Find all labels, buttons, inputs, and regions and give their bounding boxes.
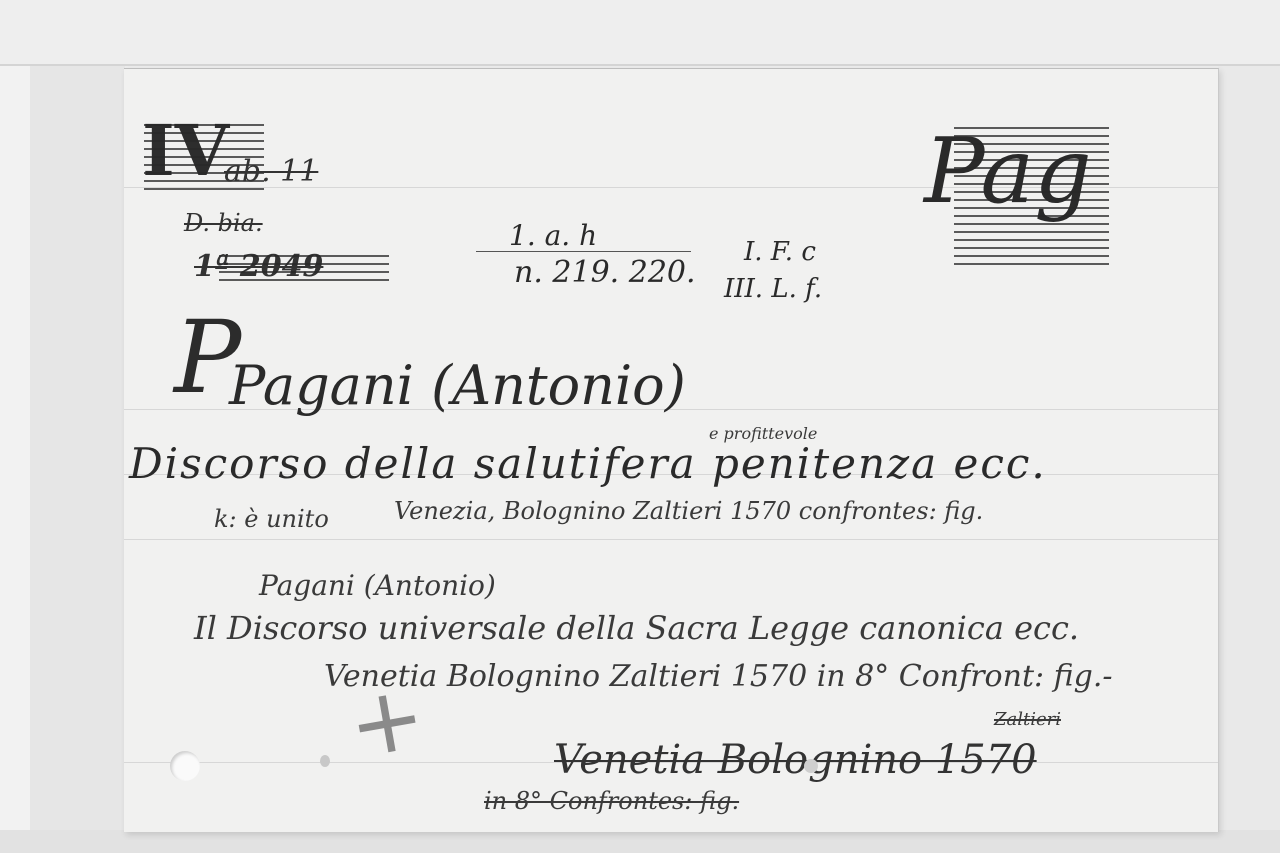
ink-spot — [804, 759, 818, 773]
code-line2: III. L. f. — [724, 274, 822, 304]
entry2-imprint: Venetia Bolognino Zaltieri 1570 in 8° Co… — [324, 659, 1113, 694]
ruled-line — [124, 539, 1218, 540]
scan-background-strip — [30, 66, 125, 853]
scan-background-right — [1218, 66, 1280, 853]
scan-background-bottom — [0, 830, 1280, 853]
strike-scribble — [954, 124, 1109, 269]
code-line1: I. F. c — [744, 237, 816, 267]
scan-background-top — [0, 0, 1280, 66]
entry1-imprint: Venezia, Bolognino Zaltieri 1570 confron… — [394, 497, 983, 525]
entry1-author: Pagani (Antonio) — [229, 354, 686, 417]
scan-background-left — [0, 66, 30, 853]
header-left-line1: ab. 11 — [224, 154, 318, 189]
punch-hole — [170, 751, 200, 781]
ink-spot — [320, 755, 330, 767]
footer-insertion: Zaltieri — [994, 709, 1061, 730]
footer-line1: Venetia Bolognino 1570 — [554, 737, 1037, 783]
strike-scribble — [219, 252, 389, 282]
shelfmark-bottom: n. 219. 220. — [514, 255, 696, 290]
entry2-title: Il Discorso universale della Sacra Legge… — [194, 609, 1079, 647]
footer-line2: in 8° Confrontes: fig. — [484, 787, 739, 815]
scan-fold-line — [0, 64, 1280, 66]
shelfmark-top: 1. a. h — [509, 219, 597, 252]
catalog-card: IV ab. 11 D. bia. 1ª 2049 1. a. h n. 219… — [124, 68, 1219, 832]
entry1-imprint-prefix: k: è unito — [214, 505, 329, 533]
entry2-author: Pagani (Antonio) — [259, 569, 496, 602]
entry1-title: Discorso della salutifera penitenza ecc. — [129, 439, 1047, 488]
shelfmark-divider — [476, 251, 691, 252]
header-left-line2: D. bia. — [184, 209, 263, 237]
